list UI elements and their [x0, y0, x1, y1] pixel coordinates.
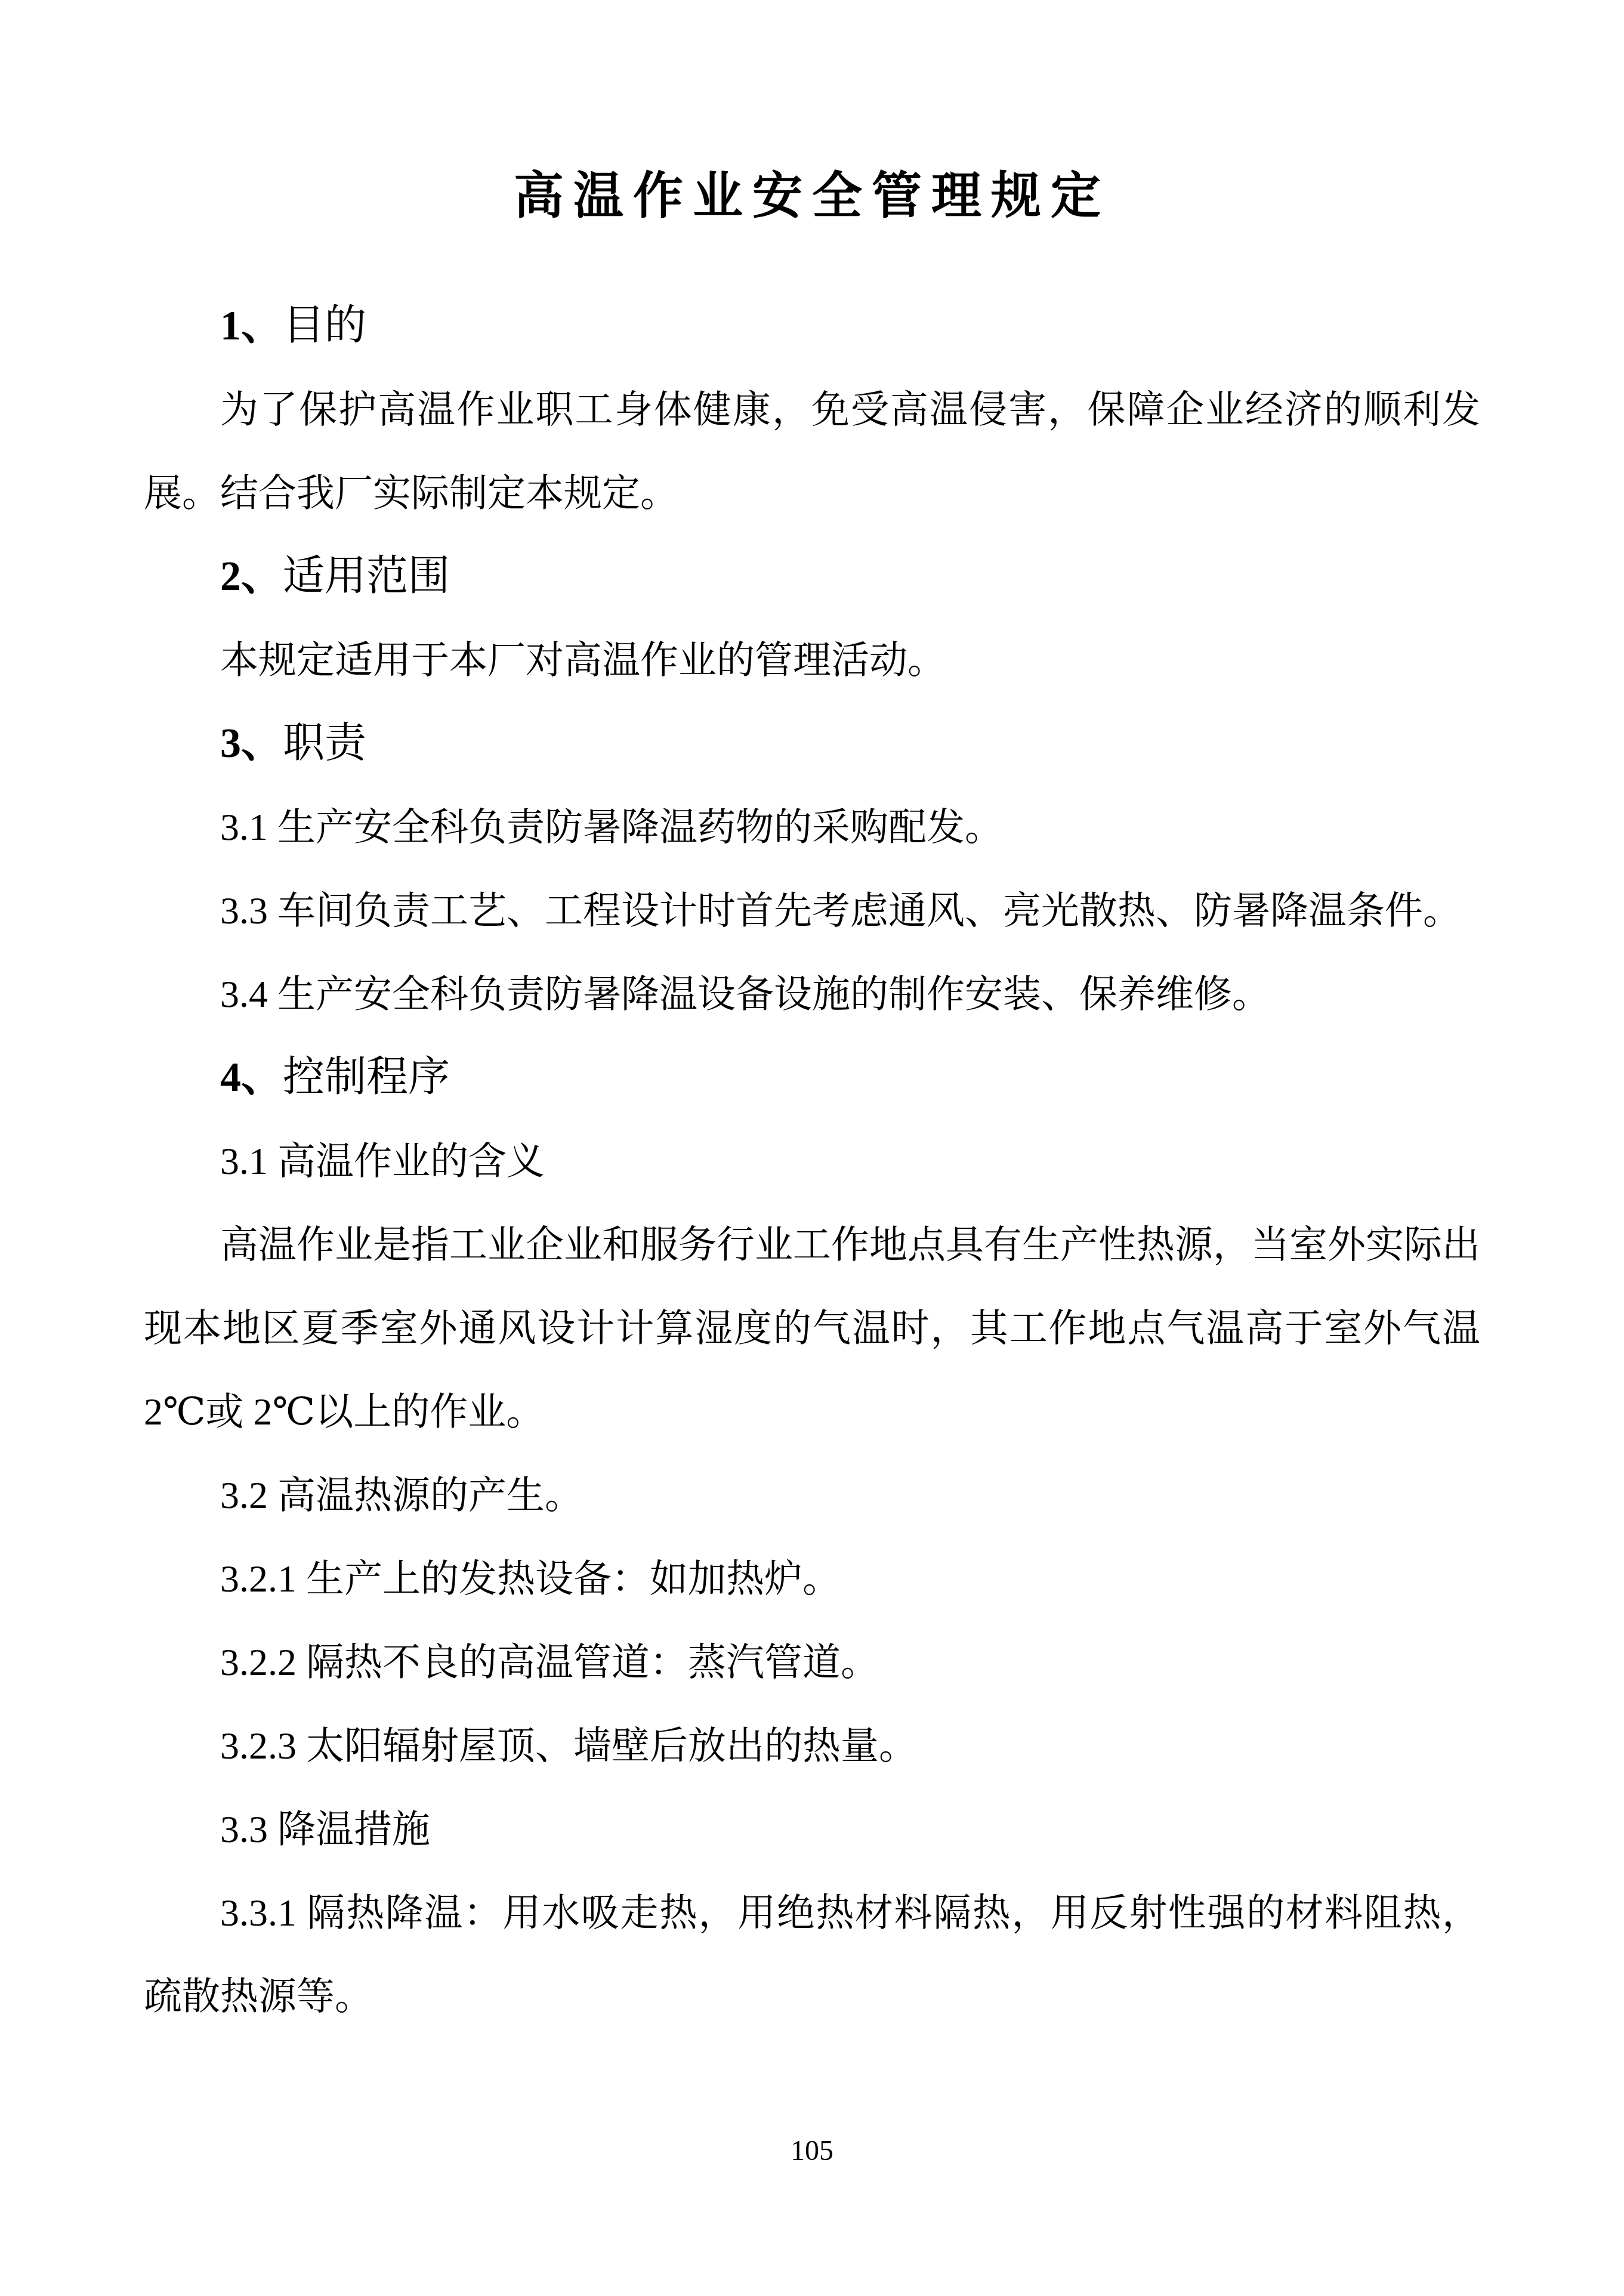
paragraph: 3.3.1 隔热降温：用水吸走热，用绝热材料隔热，用反射性强的材料阻热，疏散热源…: [144, 1871, 1480, 2038]
section-heading-number: 1、: [220, 303, 283, 349]
paragraph: 为了保护高温作业职工身体健康，免受高温侵害，保障企业经济的顺利发展。结合我厂实际…: [144, 368, 1480, 535]
paragraph: 本规定适用于本厂对高温作业的管理活动。: [144, 619, 1480, 702]
section-heading-number: 4、: [220, 1055, 283, 1101]
section-heading: 1、目的: [144, 285, 1480, 368]
section-heading-label: 目的: [283, 303, 366, 349]
section-heading: 3、职责: [144, 702, 1480, 786]
paragraph: 3.3 车间负责工艺、工程设计时首先考虑通风、亮光散热、防暑降温条件。: [144, 869, 1480, 953]
page-number: 105: [0, 2133, 1624, 2169]
paragraph: 3.2.1 生产上的发热设备：如加热炉。: [144, 1537, 1480, 1621]
paragraph: 高温作业是指工业企业和服务行业工作地点具有生产性热源，当室外实际出现本地区夏季室…: [144, 1203, 1480, 1454]
section-heading-label: 控制程序: [283, 1055, 450, 1101]
document-body: 1、目的为了保护高温作业职工身体健康，免受高温侵害，保障企业经济的顺利发展。结合…: [144, 285, 1480, 2038]
section-heading: 2、适用范围: [144, 535, 1480, 619]
section-heading-number: 2、: [220, 554, 283, 600]
paragraph: 3.2 高温热源的产生。: [144, 1454, 1480, 1537]
document-page: 高温作业安全管理规定 1、目的为了保护高温作业职工身体健康，免受高温侵害，保障企…: [0, 0, 1624, 2296]
section-heading-label: 适用范围: [283, 554, 450, 600]
document-title: 高温作业安全管理规定: [0, 0, 1624, 242]
paragraph: 3.2.2 隔热不良的高温管道：蒸汽管道。: [144, 1621, 1480, 1704]
paragraph: 3.3 降温措施: [144, 1788, 1480, 1871]
paragraph: 3.1 高温作业的含义: [144, 1120, 1480, 1203]
paragraph: 3.2.3 太阳辐射屋顶、墙壁后放出的热量。: [144, 1704, 1480, 1788]
section-heading: 4、控制程序: [144, 1036, 1480, 1120]
paragraph: 3.4 生产安全科负责防暑降温设备设施的制作安装、保养维修。: [144, 953, 1480, 1036]
section-heading-number: 3、: [220, 721, 283, 767]
paragraph: 3.1 生产安全科负责防暑降温药物的采购配发。: [144, 786, 1480, 869]
section-heading-label: 职责: [283, 721, 366, 767]
